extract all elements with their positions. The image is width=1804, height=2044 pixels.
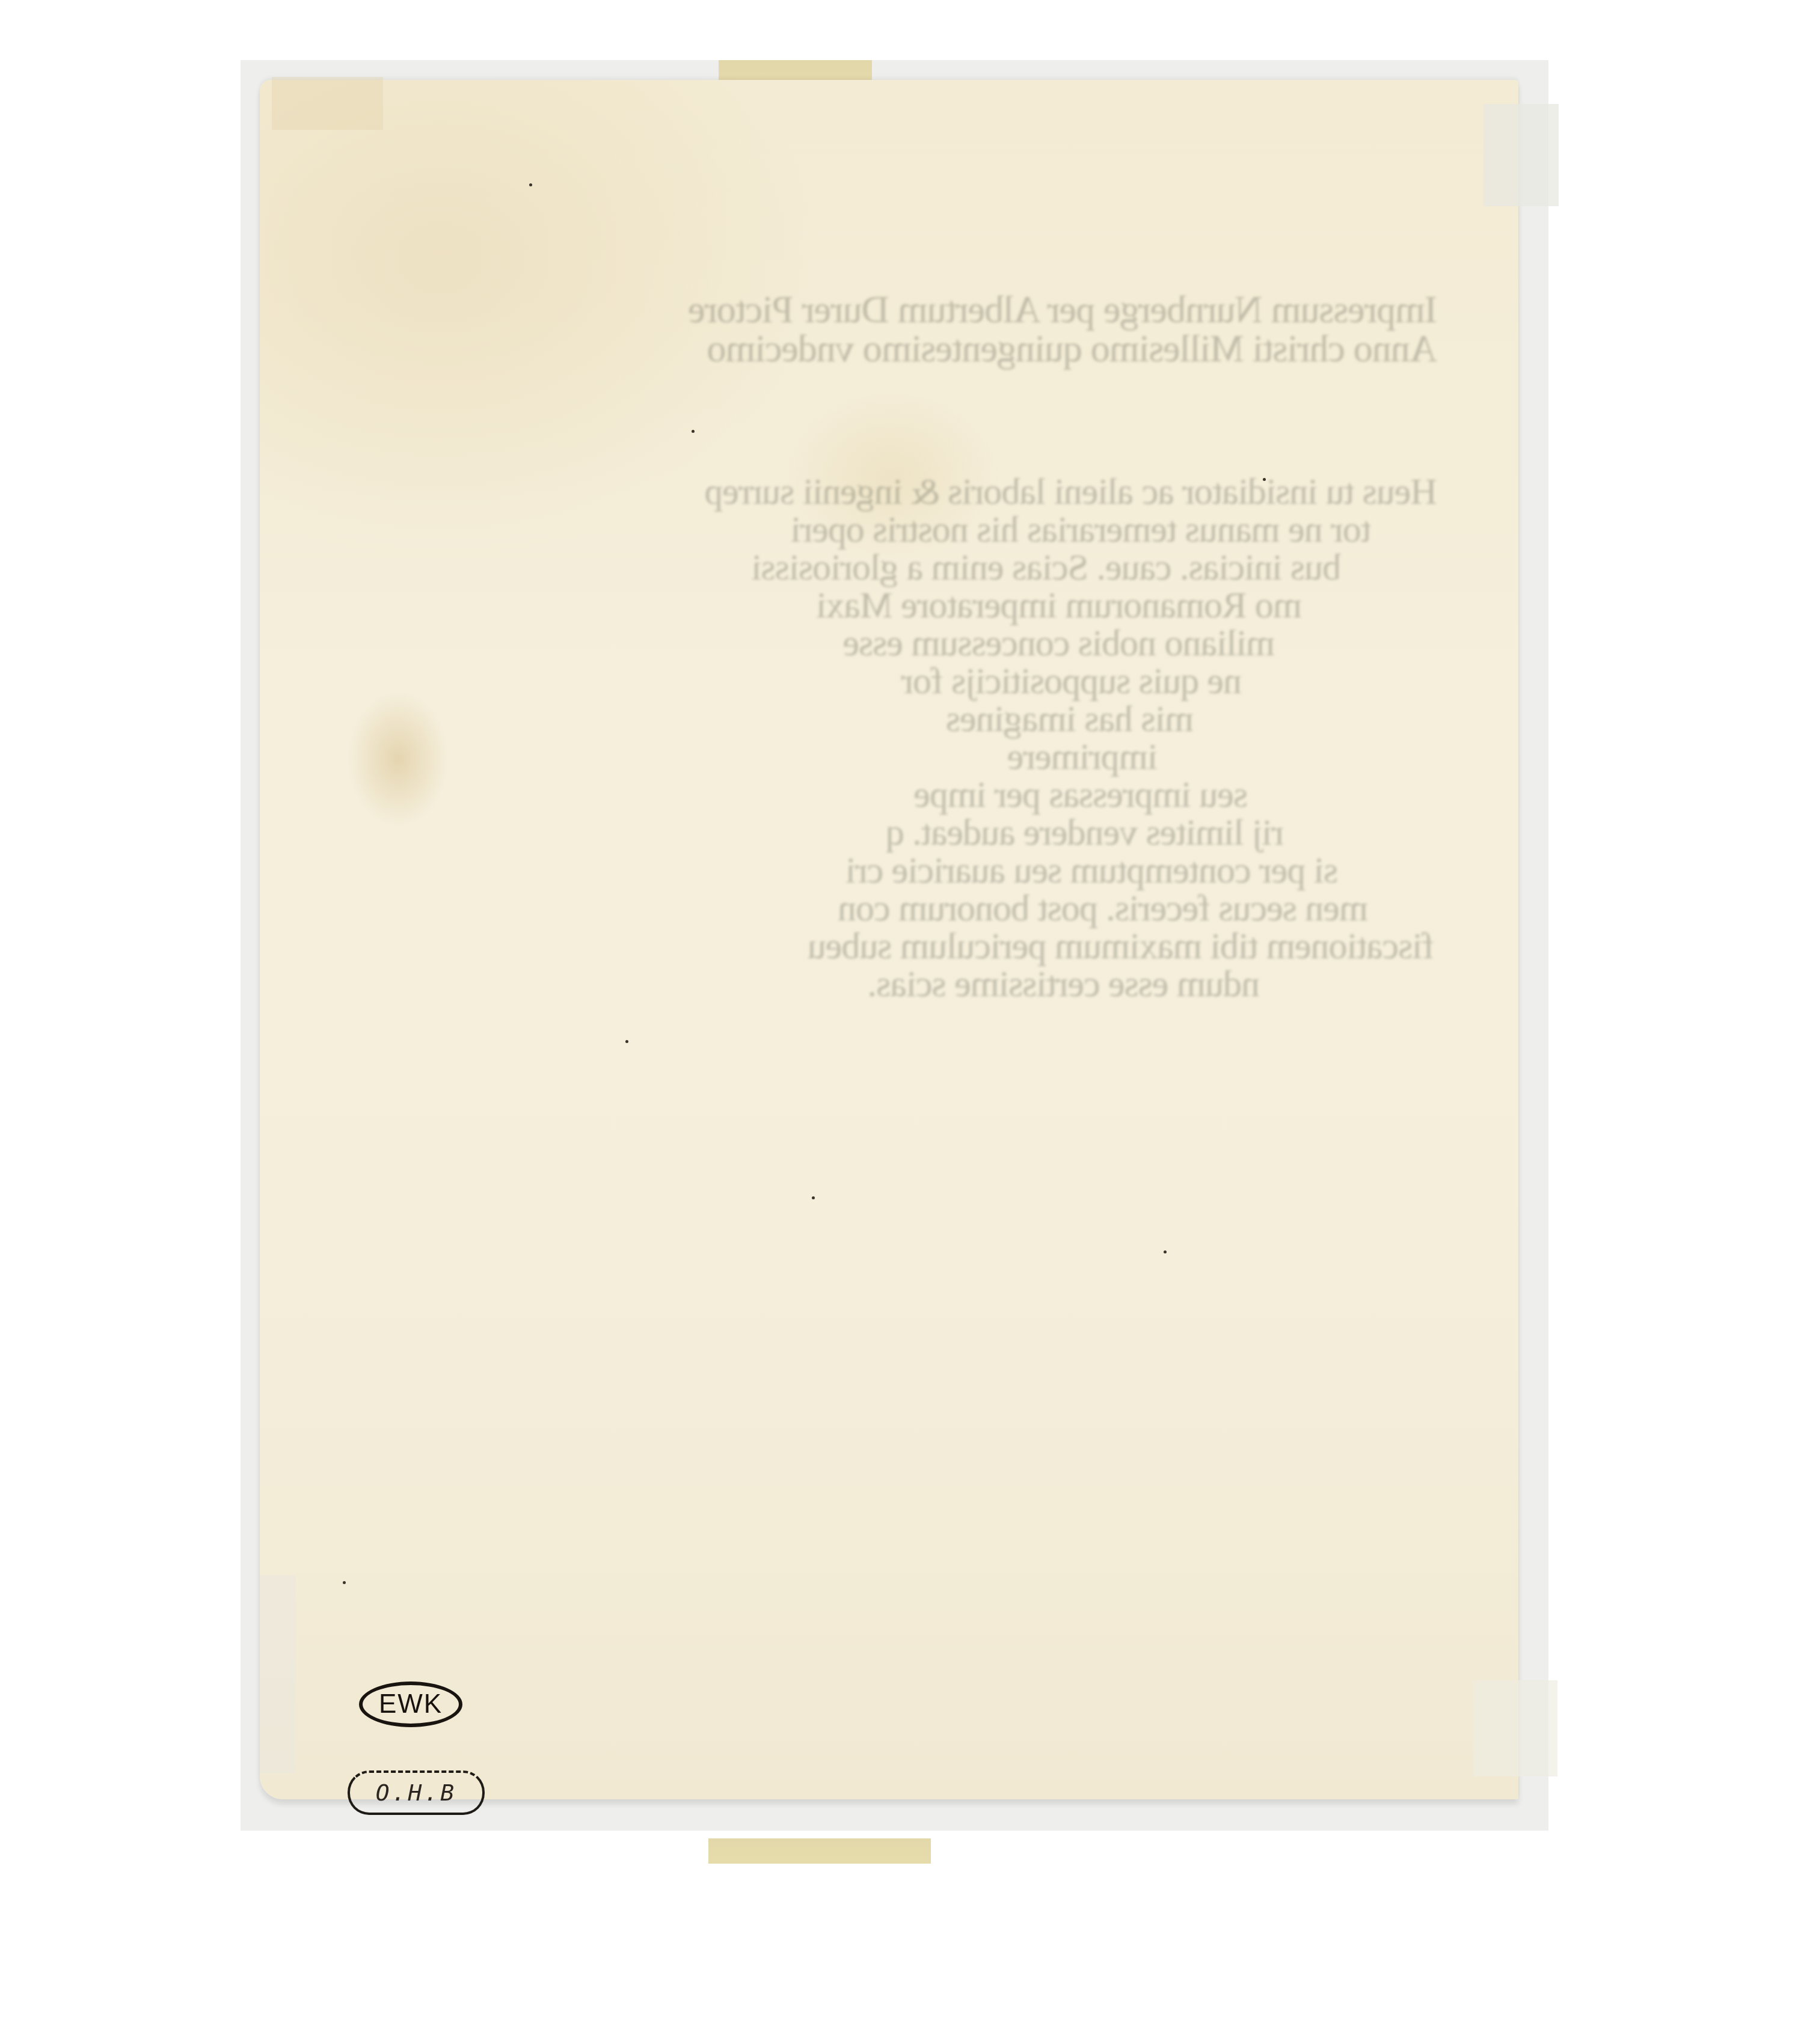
paper-speck [343,1581,346,1584]
paper-speck [692,430,695,433]
paper-speck [812,1196,815,1199]
hinge-tape-bottom [708,1838,931,1864]
tape-remnant-bottom-right [1473,1680,1557,1776]
stamp-ohb-text: O.H.B [376,1779,456,1806]
tape-remnant-top-left [272,77,383,130]
paper-speck [1263,478,1266,481]
paper-speck [1164,1250,1167,1253]
tape-remnant-top-right [1483,104,1559,206]
collector-stamp-ohb: O.H.B [348,1770,485,1815]
collector-stamp-ewk: EWK [359,1681,462,1727]
paper-sheet [260,80,1518,1799]
paper-speck [529,183,532,186]
stamp-ewk-text: EWK [379,1689,443,1719]
paper-speck [625,1040,628,1043]
tape-remnant-bottom-left [260,1575,296,1773]
